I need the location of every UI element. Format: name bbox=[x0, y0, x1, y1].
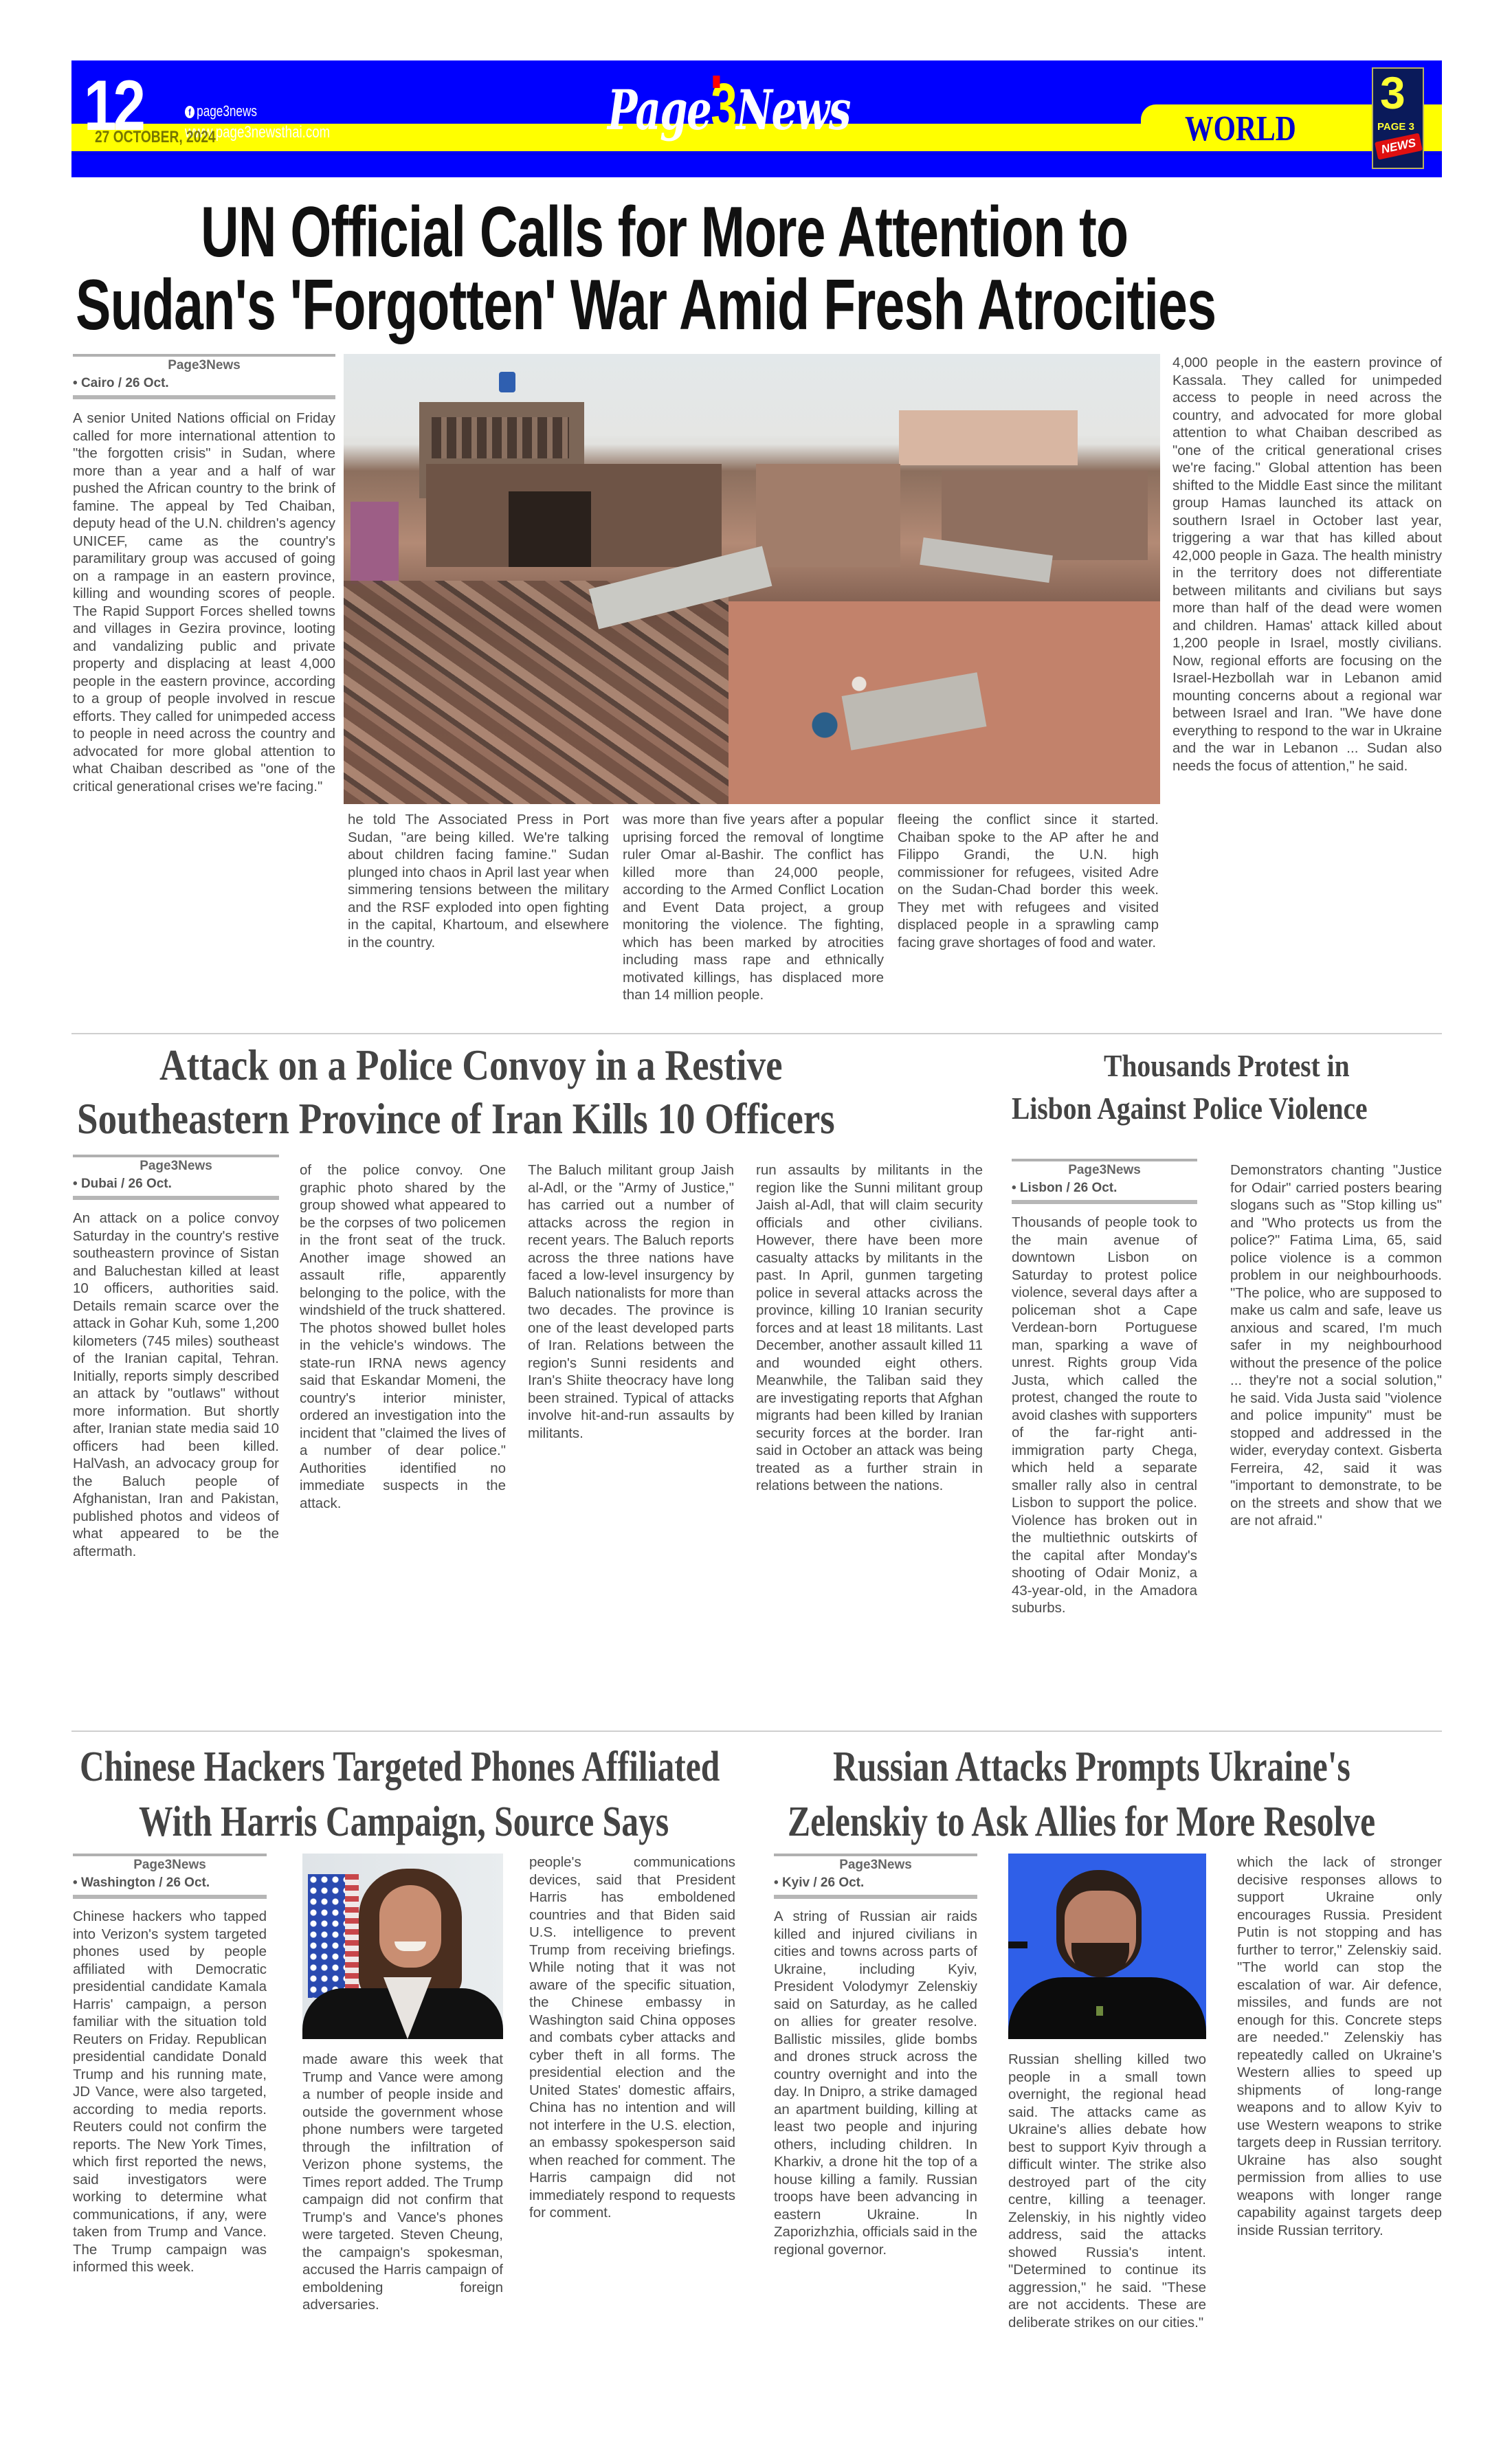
photo-badge bbox=[1096, 2006, 1103, 2016]
lisbon-column-1: Thousands of people took to the main ave… bbox=[1012, 1214, 1197, 1725]
zelensky-agency: Page3News bbox=[774, 1854, 977, 1873]
lisbon-agency: Page3News bbox=[1012, 1159, 1197, 1178]
sudan-column-4: fleeing the conflict since it started. C… bbox=[898, 811, 1159, 1031]
iran-col1-text: An attack on a police convoy Saturday in… bbox=[73, 1210, 279, 1560]
logo-number: 3 bbox=[711, 70, 736, 144]
badge-news-label: NEWS bbox=[1375, 133, 1423, 159]
lisbon-col2-text: Demonstrators chanting "Justice for Odai… bbox=[1230, 1161, 1442, 1530]
sudan-headline-line2: Sudan's 'Forgotten' War Amid Fresh Atroc… bbox=[76, 269, 1216, 341]
photo-building-far bbox=[899, 410, 1078, 465]
iran-column-1: An attack on a police convoy Saturday in… bbox=[73, 1210, 279, 1725]
zelensky-column-2: Russian shelling killed two people in a … bbox=[1008, 2051, 1206, 2378]
harris-col1-text: Chinese hackers who tapped into Verizon'… bbox=[73, 1908, 267, 2276]
sudan-photo bbox=[344, 354, 1160, 804]
sudan-headline-line1: UN Official Calls for More Attention to bbox=[201, 197, 1128, 268]
photo-face bbox=[379, 1885, 441, 1968]
masthead-divider bbox=[71, 153, 1442, 155]
facebook-handle[interactable]: page3news bbox=[197, 102, 257, 120]
badge-page-label: PAGE 3 bbox=[1377, 121, 1414, 133]
sudan-agency: Page3News bbox=[73, 354, 335, 373]
photo-microphone bbox=[1008, 1941, 1027, 1948]
zelensky-dateline: Kyiv / 26 Oct. bbox=[774, 1873, 977, 1899]
zelensky-photo bbox=[1008, 1854, 1206, 2039]
harris-agency: Page3News bbox=[73, 1854, 267, 1873]
zelensky-col2-text: Russian shelling killed two people in a … bbox=[1008, 2051, 1206, 2331]
sudan-col4-text: fleeing the conflict since it started. C… bbox=[898, 811, 1159, 951]
sudan-dateline: Cairo / 26 Oct. bbox=[73, 373, 335, 399]
sudan-col1-text: A senior United Nations official on Frid… bbox=[73, 410, 335, 795]
iran-headline-line1: Attack on a Police Convoy in a Restive bbox=[159, 1043, 783, 1087]
photo-us-flag-stripes bbox=[345, 1874, 359, 1998]
harris-byline: Page3News Washington / 26 Oct. bbox=[73, 1854, 267, 1899]
photo-smile bbox=[394, 1941, 426, 1951]
sudan-col2-text: he told The Associated Press in Port Sud… bbox=[348, 811, 609, 951]
iran-col2-text: of the police convoy. One graphic photo … bbox=[300, 1161, 506, 1512]
zelensky-headline-line2: Zelenskiy to Ask Allies for More Resolve bbox=[788, 1801, 1375, 1843]
photo-pink-wall bbox=[351, 502, 399, 584]
logo-word-page: Page bbox=[608, 78, 711, 142]
sudan-column-1: A senior United Nations official on Frid… bbox=[73, 410, 335, 1031]
harris-dateline: Washington / 26 Oct. bbox=[73, 1873, 267, 1899]
lisbon-headline-line2: Lisbon Against Police Violence bbox=[1012, 1093, 1368, 1124]
lisbon-dateline: Lisbon / 26 Oct. bbox=[1012, 1178, 1197, 1204]
sudan-column-2: he told The Associated Press in Port Sud… bbox=[348, 811, 609, 1031]
photo-shirt bbox=[1008, 1977, 1206, 2039]
photo-debris bbox=[344, 581, 729, 804]
lisbon-column-2: Demonstrators chanting "Justice for Odai… bbox=[1230, 1161, 1442, 1725]
photo-water-tank bbox=[499, 372, 515, 392]
zelensky-col1-text: A string of Russian air raids killed and… bbox=[774, 1908, 977, 2258]
lisbon-headline-line1: Thousands Protest in bbox=[1104, 1050, 1350, 1082]
zelensky-column-3: which the lack of stronger decisive resp… bbox=[1237, 1854, 1442, 2378]
sudan-byline: Page3News Cairo / 26 Oct. bbox=[73, 354, 335, 399]
harris-column-2: made aware this week that Trump and Vanc… bbox=[302, 2051, 503, 2378]
logo-word-news: News bbox=[736, 78, 850, 142]
sudan-column-5: 4,000 people in the eastern province of … bbox=[1172, 354, 1442, 1031]
harris-col3-text: people's communications devices, said th… bbox=[529, 1854, 735, 2222]
section-label: WORLD bbox=[1185, 111, 1296, 147]
iran-agency: Page3News bbox=[73, 1155, 279, 1174]
photo-wall bbox=[756, 464, 900, 567]
sudan-col3-text: was more than five years after a popular… bbox=[623, 811, 884, 1004]
badge-number: 3 bbox=[1380, 70, 1405, 115]
harris-col2-text: made aware this week that Trump and Vanc… bbox=[302, 2051, 503, 2314]
harris-photo bbox=[302, 1854, 503, 2039]
zelensky-column-1: A string of Russian air raids killed and… bbox=[774, 1908, 977, 2378]
section-divider bbox=[71, 1731, 1442, 1732]
issue-date: 27 OCTOBER, 2024 bbox=[95, 128, 216, 147]
newspaper-logo: Page3News bbox=[608, 74, 850, 140]
sudan-col5-text: 4,000 people in the eastern province of … bbox=[1172, 354, 1442, 775]
photo-beard bbox=[1071, 1943, 1129, 1977]
section-divider bbox=[71, 1033, 1442, 1034]
harris-headline-line1: Chinese Hackers Targeted Phones Affiliat… bbox=[80, 1746, 720, 1788]
iran-dateline: Dubai / 26 Oct. bbox=[73, 1174, 279, 1200]
zelensky-col3-text: which the lack of stronger decisive resp… bbox=[1237, 1854, 1442, 2239]
facebook-icon: f bbox=[185, 106, 194, 118]
lisbon-byline: Page3News Lisbon / 26 Oct. bbox=[1012, 1159, 1197, 1204]
harris-column-1: Chinese hackers who tapped into Verizon'… bbox=[73, 1908, 267, 2378]
harris-column-3: people's communications devices, said th… bbox=[529, 1854, 735, 2378]
lisbon-col1-text: Thousands of people took to the main ave… bbox=[1012, 1214, 1197, 1617]
brand-badge-icon: 3 PAGE 3 NEWS bbox=[1372, 67, 1424, 169]
iran-column-2: of the police convoy. One graphic photo … bbox=[300, 1161, 506, 1725]
masthead: 12 fpage3news www.page3newsthai.com 27 O… bbox=[71, 60, 1442, 177]
iran-col4-text: run assaults by militants in the region … bbox=[756, 1161, 983, 1495]
iran-column-3: The Baluch militant group Jaish al-Adl, … bbox=[528, 1161, 734, 1725]
iran-headline-line2: Southeastern Province of Iran Kills 10 O… bbox=[77, 1097, 835, 1141]
iran-col3-text: The Baluch militant group Jaish al-Adl, … bbox=[528, 1161, 734, 1442]
iran-byline: Page3News Dubai / 26 Oct. bbox=[73, 1155, 279, 1200]
zelensky-byline: Page3News Kyiv / 26 Oct. bbox=[774, 1854, 977, 1899]
harris-headline-line2: With Harris Campaign, Source Says bbox=[139, 1801, 669, 1843]
iran-column-4: run assaults by militants in the region … bbox=[756, 1161, 983, 1725]
sudan-column-3: was more than five years after a popular… bbox=[623, 811, 884, 1031]
photo-burned-wall bbox=[426, 464, 722, 567]
zelensky-headline-line1: Russian Attacks Prompts Ukraine's bbox=[833, 1746, 1350, 1788]
